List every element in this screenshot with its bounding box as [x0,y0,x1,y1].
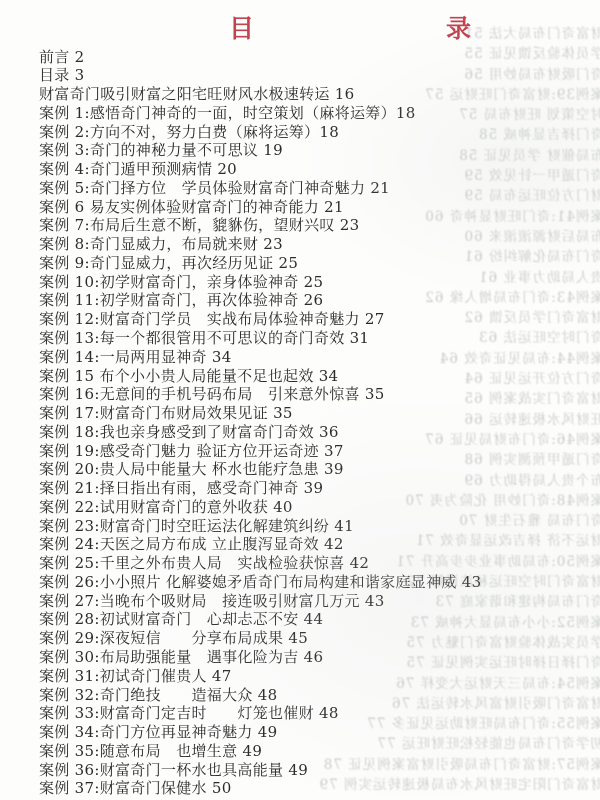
toc-entry: 案例 11:初学财富奇门，再次体验神奇 26 [39,291,591,310]
toc-entry: 案例 12:财富奇门学员 实战布局体验神奇魅力 27 [39,310,591,329]
toc-entry: 案例 25:千里之外布贵人局 实战检验获惊喜 42 [39,554,591,573]
toc-entry: 前言 2 [39,48,591,67]
toc-page: 财富奇门布局大法 51学员体验反馈见证 55奇门吸财布局妙用 56案例39:财富… [0,0,600,800]
toc-entry: 案例 24:天医之局方布成 立止腹泻显奇效 42 [39,535,591,554]
toc-entry: 案例 6 易友实例体验财富奇门的神奇能力 21 [39,198,591,217]
toc-entry: 案例 3:奇门的神秘力量不可思议 19 [39,141,591,160]
toc-entry: 案例 8:奇门显威力，布局就来财 23 [39,235,591,254]
toc-entry: 案例 33:财富奇门定吉时 灯笼也催财 48 [39,704,591,723]
toc-entry: 案例 10:初学财富奇门，亲身体验神奇 25 [39,273,591,292]
title-char-mu: 目 [229,14,254,44]
toc-entry: 案例 27:当晚布个吸财局 接连吸引财富几万元 43 [39,592,591,611]
toc-entry: 案例 20:贵人局中能量大 杯水也能疗急患 39 [39,460,591,479]
toc-entry: 案例 30:布局助强能量 遇事化险为吉 46 [39,648,591,667]
toc-entry: 案例 26:小小照片 化解婆媳矛盾奇门布局构建和谐家庭显神威 43 [39,573,591,592]
toc-entry: 案例 15 布个小小贵人局能量不足也起效 34 [39,367,591,386]
toc-entry: 案例 16:无意间的手机号码布局 引来意外惊喜 35 [39,385,591,404]
title-char-lu: 录 [446,14,471,44]
toc-entry: 案例 34:奇门方位再显神奇魅力 49 [39,723,591,742]
toc-entry: 案例 2:方向不对，努力白费（麻将运筹）18 [39,123,591,142]
toc-entry: 案例 21:择日指出有雨，感受奇门神奇 39 [39,479,591,498]
toc-entry: 案例 19:感受奇门魅力 验证方位开运奇迹 37 [39,442,591,461]
toc-entry: 案例 29:深夜短信 分享布局成果 45 [39,629,591,648]
toc-entry: 案例 37:财富奇门保健水 50 [39,779,591,798]
toc-entry: 案例 31:初试奇门催贵人 47 [39,667,591,686]
toc-entry: 案例 13:每一个都很管用不可思议的奇门奇效 31 [39,329,591,348]
toc-entry: 案例 4:奇门遁甲预测病情 20 [39,160,591,179]
toc-entry: 案例 9:奇门显威力，再次经历见证 25 [39,254,591,273]
toc-entry: 案例 23:财富奇门时空旺运法化解建筑纠纷 41 [39,517,591,536]
toc-entry: 案例 28:初试财富奇门 心却忐忑不安 44 [39,610,591,629]
toc-entry: 财富奇门吸引财富之阳宅旺财风水极速转运 16 [39,85,591,104]
toc-entry: 案例 32:奇门绝技 造福大众 48 [39,686,591,705]
toc-entry: 案例 14:一局两用显神奇 34 [39,348,591,367]
toc-entry: 案例 18:我也亲身感受到了财富奇门奇效 36 [39,423,591,442]
toc-entry: 案例 35:随意布局 也增生意 49 [39,742,591,761]
toc-entry: 案例 7:布局后生意不断，貔貅伤，望财兴叹 23 [39,216,591,235]
toc-entry: 案例 5:奇门择方位 学员体验财富奇门神奇魅力 21 [39,179,591,198]
toc-list: 前言 2目录 3财富奇门吸引财富之阳宅旺财风水极速转运 16案例 1:感悟奇门神… [39,48,591,799]
toc-entry: 案例 1:感悟奇门神奇的一面，时空策划（麻将运筹）18 [39,104,591,123]
toc-entry: 案例 17:财富奇门布财局效果见证 35 [39,404,591,423]
toc-entry: 案例 36:财富奇门一杯水也具高能量 49 [39,761,591,780]
toc-entry: 目录 3 [39,66,591,85]
toc-entry: 案例 22:试用财富奇门的意外收获 40 [39,498,591,517]
page-title: 目 录 [229,14,471,44]
